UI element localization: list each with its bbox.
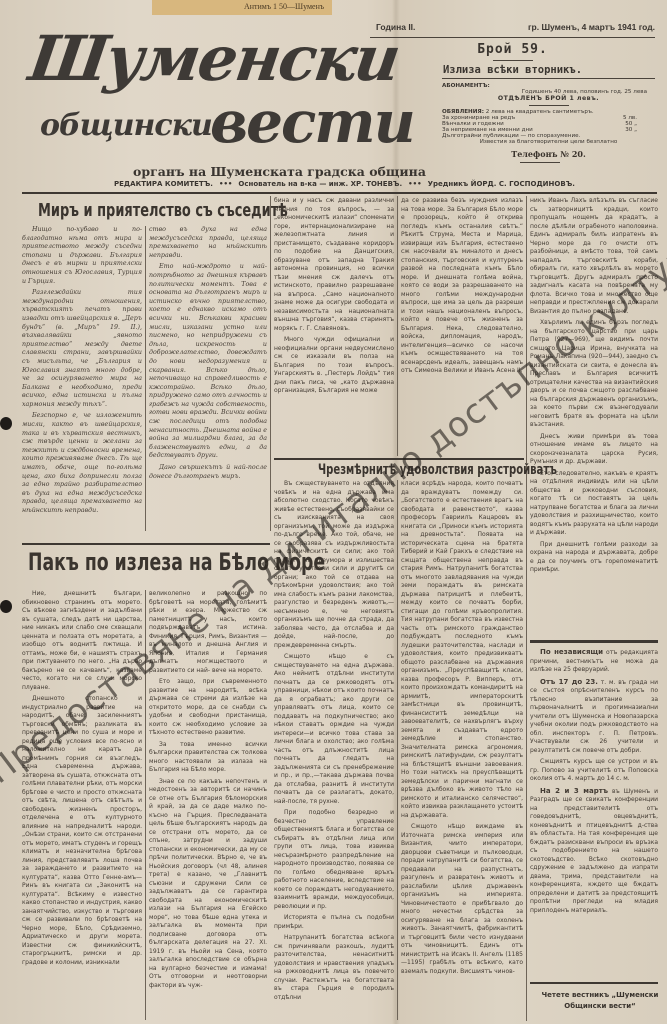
charity-note: Известия за благотворителни цели безплат… bbox=[442, 139, 655, 145]
single-copy-price: ОТДѢЛЕНЪ БРОЙ 1 левъ. bbox=[442, 95, 655, 102]
article-sea-continuation-col4: да се развива безъ нуждния излазъ на тов… bbox=[401, 197, 523, 457]
column-divider bbox=[270, 196, 271, 531]
separator: ••• bbox=[408, 180, 421, 188]
column-divider bbox=[526, 196, 527, 1021]
divider bbox=[370, 37, 655, 38]
phone: Телефонъ № 20. bbox=[370, 149, 655, 159]
column-divider bbox=[397, 480, 398, 1020]
headline-pleasures: Чрезмѣрнитѣ удоволствия разстройватъ bbox=[318, 462, 557, 478]
divider bbox=[493, 60, 533, 61]
newspaper-page: Антимъ 1 50—Шуменъ Шуменски общински вес… bbox=[0, 0, 667, 1024]
archive-sticker: Антимъ 1 50—Шуменъ bbox=[152, 0, 332, 15]
news-item: Сжщиятъ курсъ ще се устрои и въ гр. Попо… bbox=[530, 758, 658, 784]
frequency: Излиза всѣки вторникъ. bbox=[370, 64, 655, 76]
headline-sea: Пакъ по излеза на Бѣло море bbox=[28, 548, 325, 576]
article-sea-col2: великолепно и разкошно по брѣговетѣ на м… bbox=[149, 590, 267, 1022]
article-peace-col1: Нищо по-хубаво и по-благодатно нѣма отъ … bbox=[22, 226, 142, 531]
section-rule bbox=[274, 458, 524, 460]
news-item: На 2 и 3 мартъ въ Шуменъ и Разградъ ще с… bbox=[530, 787, 658, 916]
punch-hole bbox=[0, 417, 12, 430]
year-date-line: Година II. гр. Шуменъ, 4 мартъ 1941 год. bbox=[370, 22, 655, 35]
column-divider bbox=[145, 226, 146, 531]
news-items: По независящи отъ редакцията причини, ве… bbox=[530, 648, 658, 988]
article-sea-col1: Ние, днешнитѣ българи, обикновено страни… bbox=[22, 590, 142, 1022]
masthead-subtitle: органъ на Шуменската градска община bbox=[133, 164, 426, 179]
article-sea-continuation-col3: бина и у насъ сж давани различни мнения … bbox=[274, 197, 394, 457]
section-rule bbox=[22, 543, 270, 545]
headline-peace: Миръ и приятелство съ съседитѣ bbox=[38, 200, 288, 221]
subscription-info: АБОНАМЕНТЪ: Годишенъ 40 лева, половинъ г… bbox=[370, 83, 655, 145]
section-rule bbox=[530, 982, 658, 984]
masthead-rule bbox=[22, 192, 657, 194]
article-pleasures-continuation: никъ Иванъ Лахъ влѣзълъ въ съгласие съ з… bbox=[530, 197, 658, 637]
article-pleasures-col2: класи всрѣдъ народа, които почватъ да вр… bbox=[401, 480, 523, 1020]
masthead-title-small: общински bbox=[40, 108, 212, 143]
news-item: Отъ 17 до 23. т. м. въ града ни се състо… bbox=[530, 678, 658, 756]
column-divider bbox=[397, 196, 398, 456]
section-rule bbox=[530, 640, 658, 643]
issue-number: Брой 59. bbox=[370, 42, 655, 57]
divider bbox=[442, 78, 655, 79]
divider bbox=[529, 105, 569, 106]
credit-editor: Уредникъ ЙОРД. С. ГОСПОДИНОВЪ. bbox=[428, 180, 575, 188]
divider bbox=[520, 162, 560, 163]
place-date: гр. Шуменъ, 4 мартъ 1941 год. bbox=[528, 22, 655, 32]
credit-committee: РЕДАКТИРА КОМИТЕТЪ. bbox=[114, 180, 213, 188]
article-peace-col2: ство въ духа на една междусъседска правд… bbox=[149, 226, 267, 531]
read-newspaper-call: Четете вестникъ „Шуменски Общински вести… bbox=[540, 990, 660, 1012]
masthead-title-line1: Шуменски bbox=[25, 22, 403, 95]
news-item: По независящи отъ редакцията причини, ве… bbox=[530, 648, 658, 675]
year: Година II. bbox=[376, 22, 415, 32]
punch-hole bbox=[0, 600, 12, 613]
separator: ••• bbox=[219, 180, 232, 188]
header-info: Година II. гр. Шуменъ, 4 мартъ 1941 год.… bbox=[370, 22, 655, 166]
column-divider bbox=[145, 590, 146, 1020]
masthead-credits: РЕДАКТИРА КОМИТЕТЪ. ••• Основатель на в-… bbox=[114, 180, 654, 188]
credit-founder: Основатель на в-ка — инж. ХР. ТОНЕВЪ. bbox=[238, 180, 402, 188]
